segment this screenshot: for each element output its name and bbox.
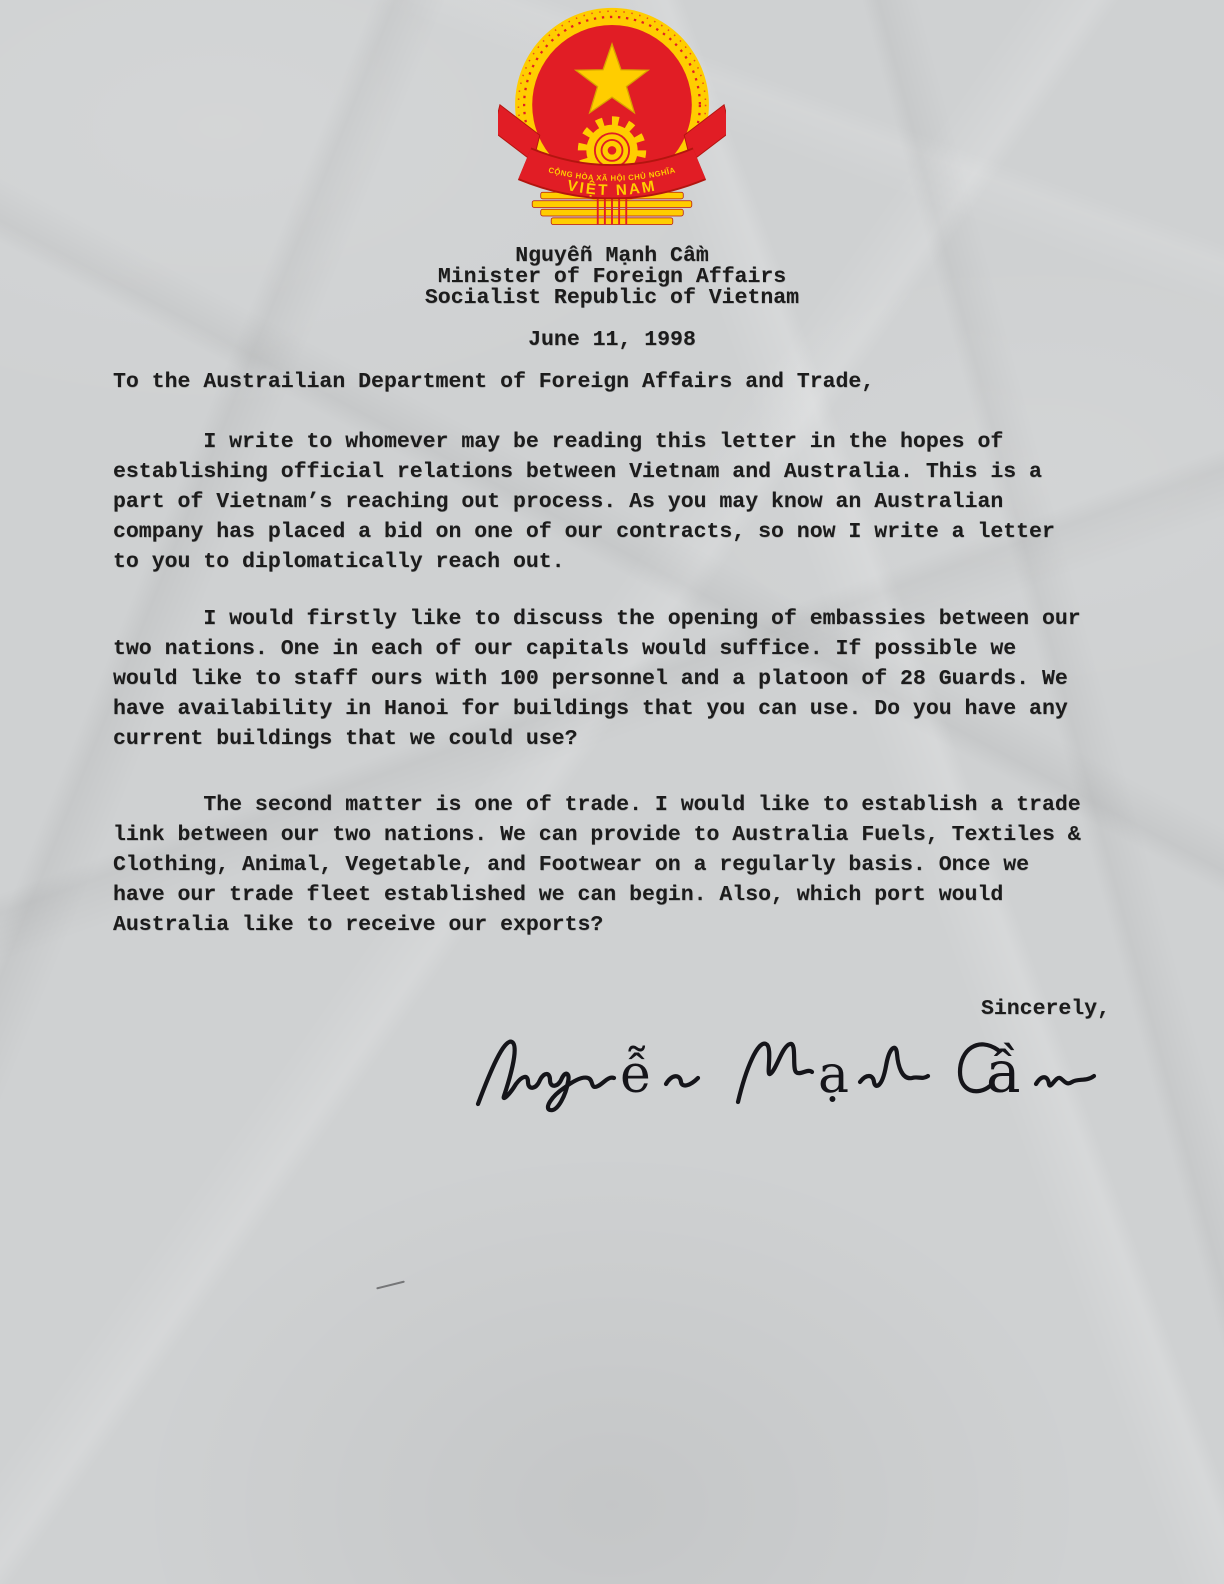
signature-stroke-nguy: [478, 1042, 614, 1110]
sender-name: Nguyêñ Mạnh Câm̀: [0, 246, 1224, 267]
paragraph-1: I write to whomever may be reading this …: [113, 427, 1086, 577]
vietnam-national-emblem-icon: CỘNG HÒA XÃ HỘI CHỦ NGHĨA VIỆT NAM: [498, 6, 726, 234]
signature-stroke-nh: [860, 1048, 928, 1086]
sender-title: Minister of Foreign Affairs: [0, 267, 1224, 288]
signature: ễ ạ ầ: [470, 1016, 1110, 1126]
signature-glyph: ạ: [818, 1045, 849, 1105]
letter-page: CỘNG HÒA XÃ HỘI CHỦ NGHĨA VIỆT NAM Nguyê…: [0, 0, 1224, 1584]
sender-org: Socialist Republic of Vietnam: [0, 288, 1224, 309]
signature-stroke-m: [738, 1044, 812, 1102]
scratch-mark: [376, 1281, 405, 1290]
signature-glyph: ễ: [620, 1045, 652, 1105]
signature-stroke-n: [666, 1076, 698, 1085]
signature-stroke-m2: [1036, 1076, 1094, 1086]
paragraph-3: The second matter is one of trade. I wou…: [113, 790, 1086, 940]
salutation: To the Austrailian Department of Foreign…: [113, 367, 1224, 397]
signature-glyph: ầ: [986, 1038, 1022, 1106]
paragraph-2: I would firstly like to discuss the open…: [113, 604, 1086, 754]
letter-date: June 11, 1998: [0, 329, 1224, 351]
letterhead: Nguyêñ Mạnh Câm̀ Minister of Foreign Aff…: [0, 246, 1224, 309]
